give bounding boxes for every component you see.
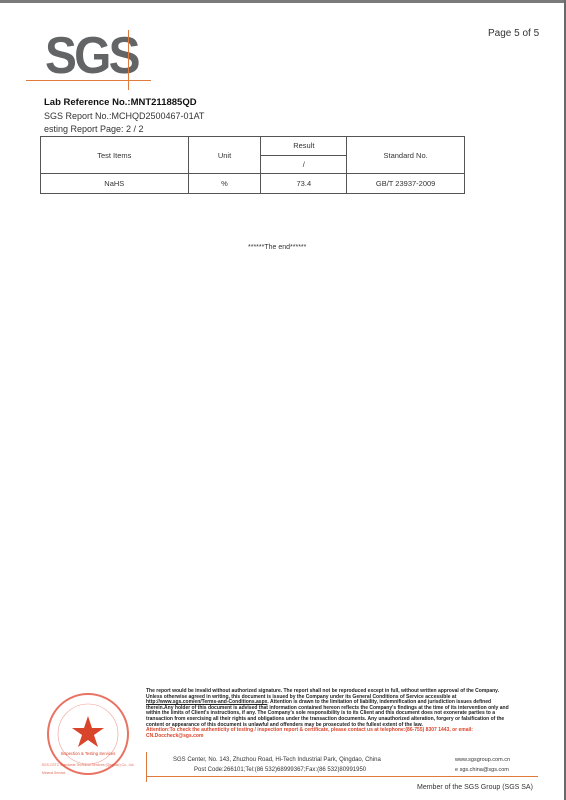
svg-text:Mineral Service: Mineral Service	[42, 771, 65, 775]
cell-unit: %	[188, 174, 261, 194]
company-contact: Post Code:266101;Tel:(86 532)68999367;Fa…	[194, 767, 366, 773]
svg-text:Inspection & Testing Services: Inspection & Testing Services	[61, 751, 116, 756]
viewer-top-border	[0, 0, 566, 3]
header-result: Result	[261, 137, 347, 156]
cell-standard: GB/T 23937-2009	[347, 174, 465, 194]
logo-vertical-rule	[128, 30, 129, 90]
legal-disclaimer: The report would be invalid without auth…	[146, 689, 514, 739]
official-seal-icon: Inspection & Testing Services SGS-CSTC S…	[38, 686, 138, 786]
sgs-report-number: SGS Report No.:MCHQD2500467-01AT	[44, 111, 204, 121]
end-marker: ******The end******	[248, 244, 306, 251]
footer-vertical-rule	[146, 752, 147, 782]
header-result-sub: /	[261, 155, 347, 174]
cell-test-item: NaHS	[41, 174, 189, 194]
results-table: Test Items Unit Result Standard No. / Na…	[40, 136, 465, 194]
footer-rule	[146, 776, 538, 777]
company-email[interactable]: e sgs.china@sgs.com	[455, 767, 509, 773]
header-unit: Unit	[188, 137, 261, 174]
logo-horizontal-rule	[26, 80, 151, 81]
authenticity-attention: Attention:To check the authenticity of t…	[146, 727, 473, 739]
sgs-logo-text: SGS	[45, 28, 138, 84]
sgs-logo: SGS	[26, 28, 151, 90]
lab-reference: Lab Reference No.:MNT211885QD	[44, 97, 197, 108]
page-indicator: Page 5 of 5	[488, 28, 539, 39]
table-row: NaHS % 73.4 GB/T 23937-2009	[41, 174, 465, 194]
header-standard-no: Standard No.	[347, 137, 465, 174]
header-test-items: Test Items	[41, 137, 189, 174]
company-website[interactable]: www.sgsgroup.com.cn	[455, 757, 510, 763]
cell-result: 73.4	[261, 174, 347, 194]
member-statement: Member of the SGS Group (SGS SA)	[417, 784, 533, 791]
testing-report-page: esting Report Page: 2 / 2	[44, 124, 144, 134]
svg-text:SGS-CSTC Standards Technical S: SGS-CSTC Standards Technical Services (Q…	[42, 763, 135, 767]
company-address: SGS Center, No. 143, Zhuzhou Road, Hi-Te…	[173, 757, 381, 763]
